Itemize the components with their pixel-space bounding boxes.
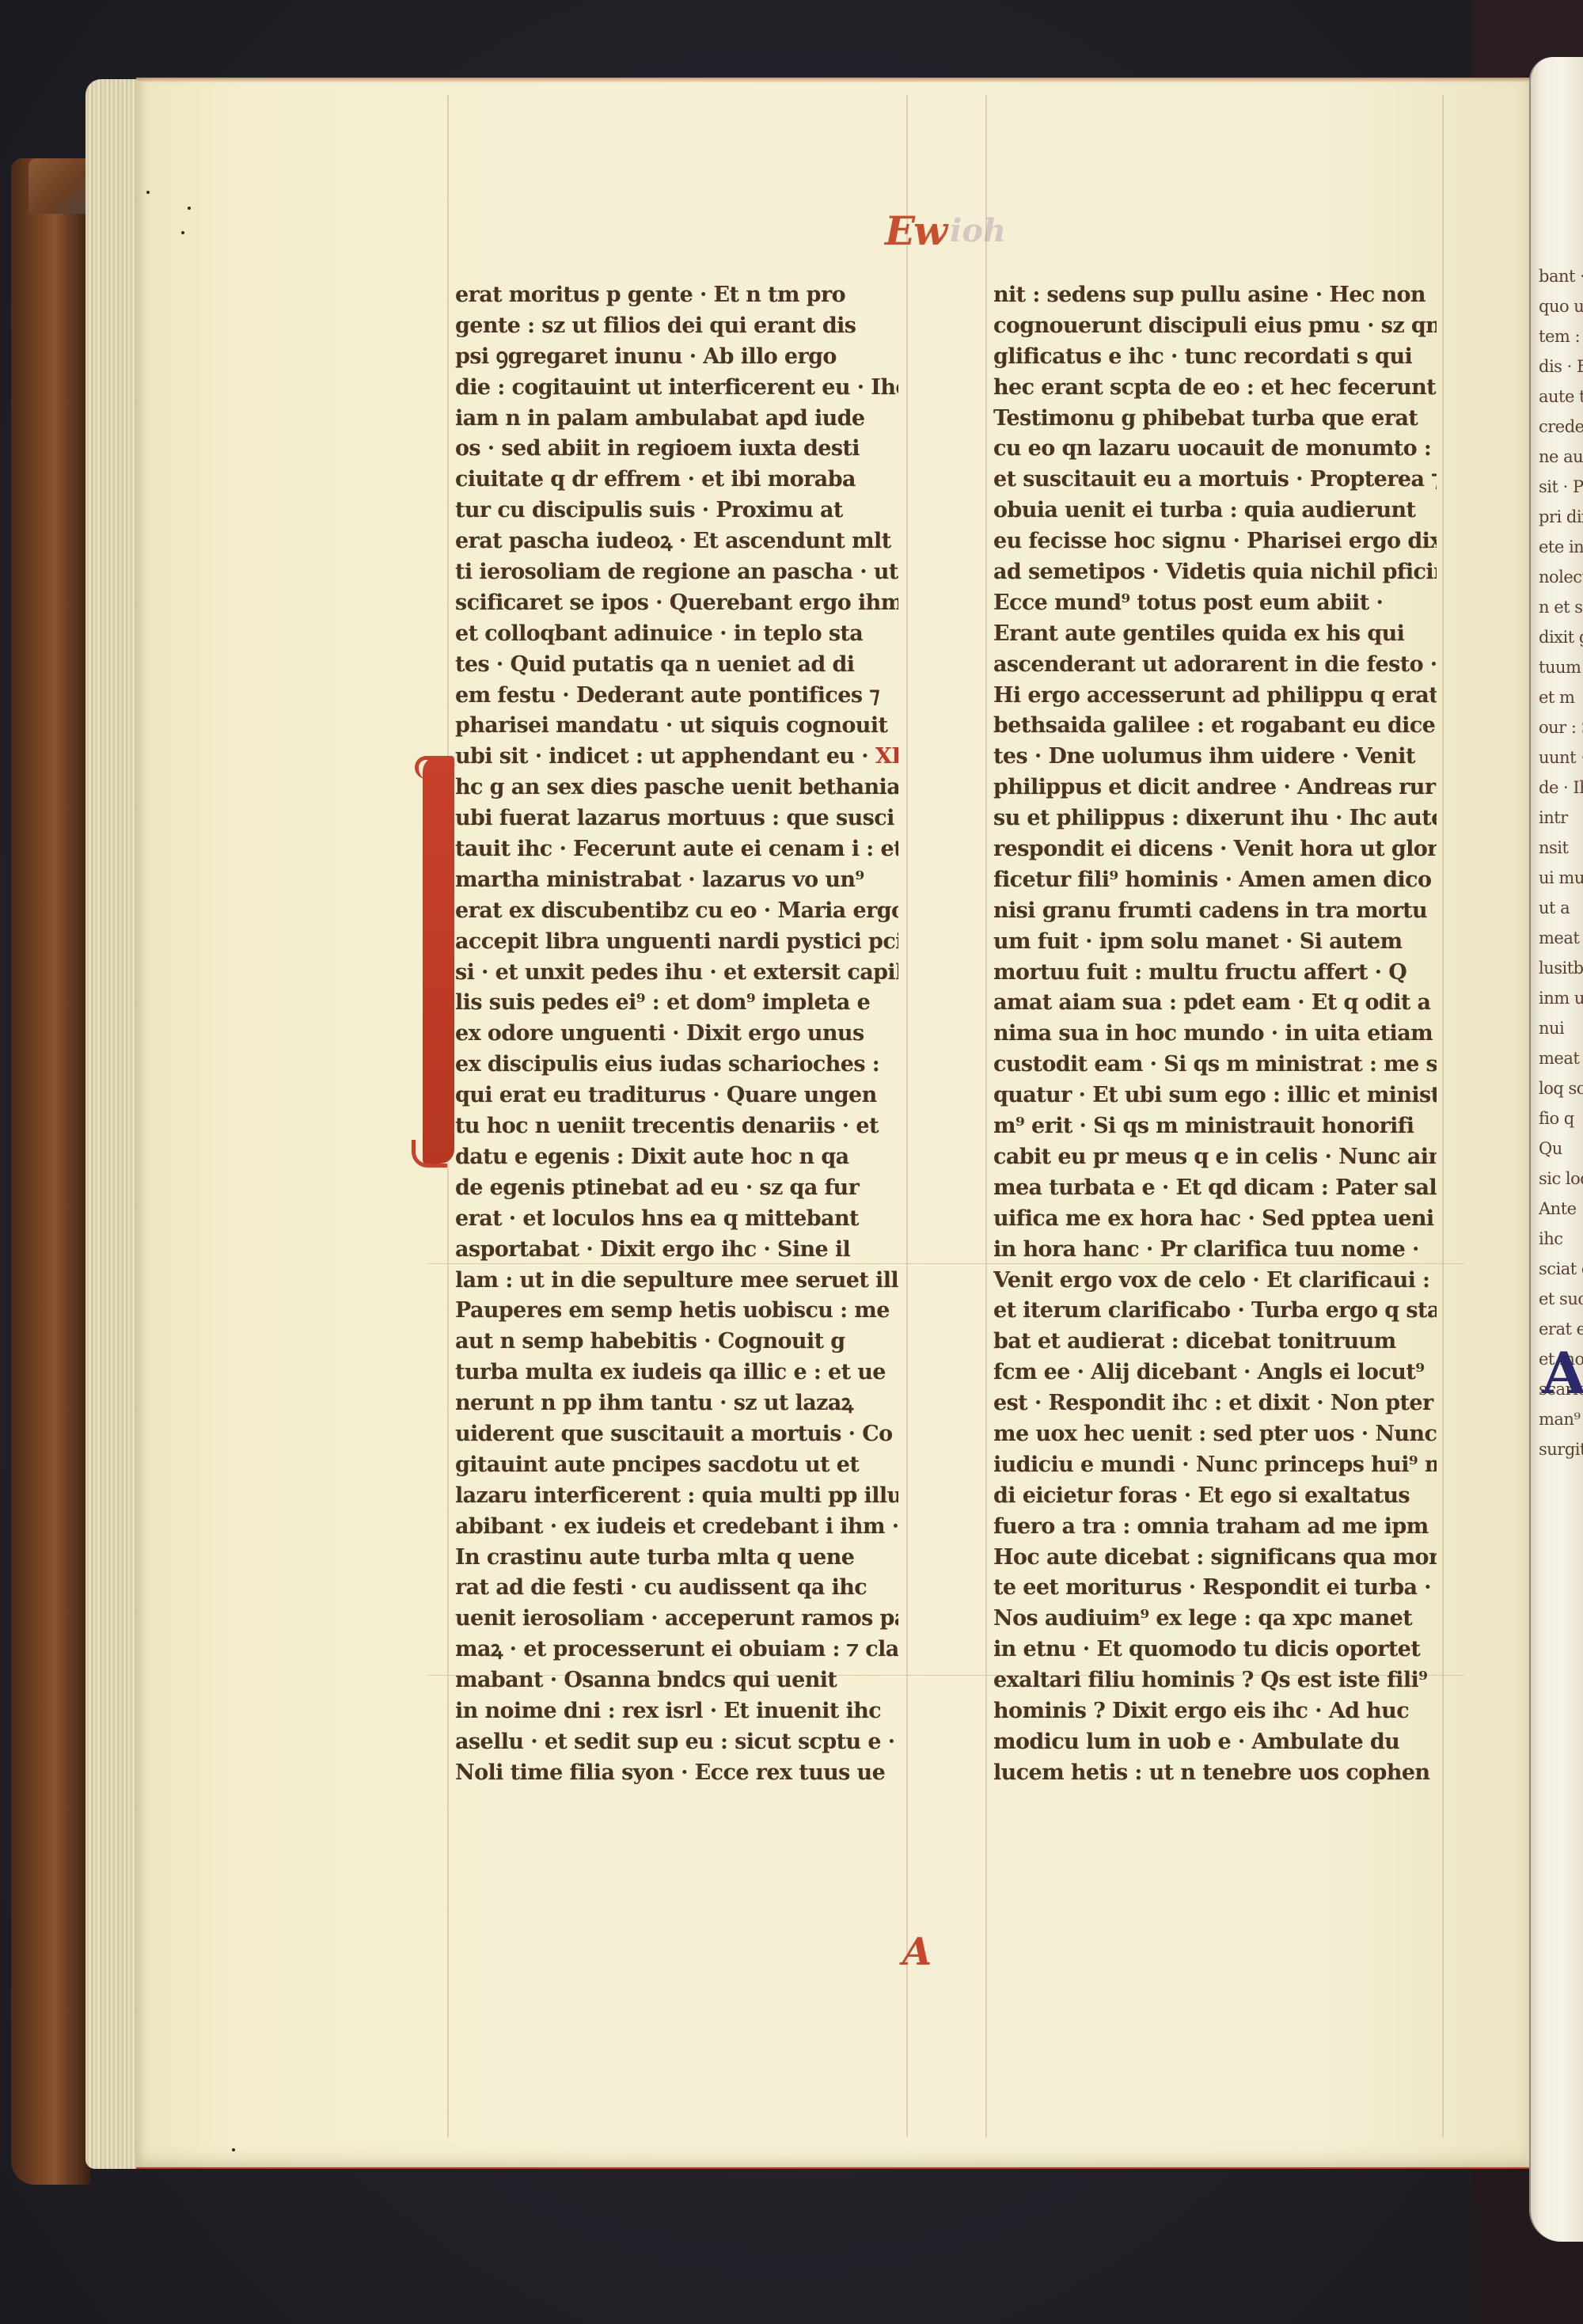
manuscript-line: cabit eu pr meus q e in celis · Nunc aim…: [993, 1142, 1437, 1173]
facing-page-line: surgit: [1539, 1434, 1583, 1464]
ruling-line: [985, 95, 987, 2137]
manuscript-line: qui erat eu traditurus · Quare ungen: [455, 1080, 898, 1111]
facing-page-line: meat: [1539, 923, 1583, 953]
manuscript-line: si · et unxit pedes ihu · et extersit ca…: [455, 958, 898, 989]
manuscript-line: ad semetipos · Videtis quia nichil pfici…: [993, 557, 1437, 588]
facing-page-line: ihc: [1539, 1224, 1583, 1254]
manuscript-line: obuia uenit ei turba : quia audierunt: [993, 496, 1437, 526]
manuscript-line: hc g an sex dies pasche uenit bethania: [455, 773, 898, 803]
manuscript-line: accepit libra unguenti nardi pystici pci…: [455, 927, 898, 958]
manuscript-line: datu e egenis : Dixit aute hoc n qa: [455, 1142, 898, 1173]
facing-page-line: lusitb: [1539, 953, 1583, 983]
facing-page-line: quo uadat: [1539, 291, 1583, 321]
manuscript-line: Venit ergo vox de celo · Et clarificaui …: [993, 1266, 1437, 1297]
manuscript-line: scificaret se ipos · Querebant ergo ihm …: [455, 588, 898, 619]
manuscript-line: nerunt n pp ihm tantu · sz ut lazaꝝ: [455, 1388, 898, 1419]
manuscript-line: abibant · ex iudeis et credebant i ihm ·: [455, 1512, 898, 1543]
manuscript-line: maꝝ · et processerunt ei obuiam : ⁊ cla: [455, 1635, 898, 1665]
manuscript-line: Noli time filia syon · Ecce rex tuus ue: [455, 1758, 898, 1789]
manuscript-line: respondit ei dicens · Venit hora ut glor…: [993, 834, 1437, 865]
manuscript-line: Testimonu g phibebat turba que erat: [993, 404, 1437, 435]
manuscript-line: modicu lum in uob e · Ambulate du: [993, 1727, 1437, 1758]
manuscript-line: Erant aute gentiles quida ex his qui: [993, 619, 1437, 650]
facing-page-text: bant · Et cquo uadattem : ut fidis · Et …: [1539, 261, 1583, 1765]
manuscript-line: erat · et loculos hns ea q mittebant: [455, 1204, 898, 1235]
manuscript-line: te eet moriturus · Respondit ei turba ·: [993, 1573, 1437, 1604]
manuscript-line: iudiciu e mundi · Nunc princeps hui⁹ mu: [993, 1450, 1437, 1481]
manuscript-line: Hoc aute dicebat : significans qua mor: [993, 1543, 1437, 1574]
manuscript-line: et iterum clarificabo · Turba ergo q sta: [993, 1296, 1437, 1327]
initial-flourish: [412, 1140, 447, 1168]
manuscript-line: os · sed abiit in regioem iuxta desti: [455, 434, 898, 465]
manuscript-line: ciuitate q dr effrem · et ibi moraba: [455, 465, 898, 496]
facing-page-line: our : S: [1539, 712, 1583, 742]
manuscript-line: in hora hanc · Pr clarifica tuu nome ·: [993, 1235, 1437, 1266]
manuscript-line: fuero a tra : omnia traham ad me ipm ·: [993, 1512, 1437, 1543]
manuscript-line: Ecce mund⁹ totus post eum abiit ·: [993, 588, 1437, 619]
manuscript-line: exaltari filiu hominis ? Qs est iste fil…: [993, 1665, 1437, 1696]
manuscript-line: aut n semp habebitis · Cognouit g: [455, 1327, 898, 1358]
running-header: Ew: [885, 207, 946, 254]
manuscript-line: um fuit · ipm solu manet · Si autem: [993, 927, 1437, 958]
manuscript-line: lam : ut in die sepulture mee seruet ill…: [455, 1266, 898, 1297]
facing-page-line: intr: [1539, 803, 1583, 833]
manuscript-line: nit : sedens sup pullu asine · Hec non: [993, 280, 1437, 311]
manuscript-line: Hi ergo accesserunt ad philippu q erat a: [993, 681, 1437, 712]
facing-page-line: ete in: [1539, 532, 1583, 562]
manuscript-line: mea turbata e · Et qd dicam : Pater sal: [993, 1173, 1437, 1204]
manuscript-line: Nos audiuim⁹ ex lege : qa xpc manet: [993, 1604, 1437, 1635]
manuscript-line: lazaru interficerent : quia multi pp ill…: [455, 1481, 898, 1512]
manuscript-line: iam n in palam ambulabat apd iude: [455, 404, 898, 435]
manuscript-line: uiderent que suscitauit a mortuis · Co: [455, 1419, 898, 1450]
facing-page-line: sciat ex: [1539, 1254, 1583, 1284]
manuscript-line: gitauint aute pncipes sacdotu ut et: [455, 1450, 898, 1481]
manuscript-line: philippus et dicit andree · Andreas rur: [993, 773, 1437, 803]
binding-headcap: [28, 158, 92, 214]
leaf-top-edge: [136, 78, 1529, 82]
manuscript-line: di eicietur foras · Et ego si exaltatus: [993, 1481, 1437, 1512]
manuscript-line: lis suis pedes ei⁹ : et dom⁹ impleta e: [455, 988, 898, 1019]
facing-page-line: dis · Et ab: [1539, 351, 1583, 382]
manuscript-line: gente : sz ut filios dei qui erant dis: [455, 311, 898, 342]
text-column-left: erat moritus p gente · Et n tm progente …: [455, 280, 898, 1789]
manuscript-line: die : cogitauint ut interficerent eu · I…: [455, 373, 898, 404]
page-edges: [85, 79, 141, 2169]
manuscript-line: me uox hec uenit : sed pter uos · Nunc: [993, 1419, 1437, 1450]
manuscript-line: turba multa ex iudeis qa illic e : et ue: [455, 1358, 898, 1388]
facing-page-line: Qu: [1539, 1134, 1583, 1164]
manuscript-line: hominis ? Dixit ergo eis ihc · Ad huc: [993, 1696, 1437, 1727]
facing-page-line: pri dixat: [1539, 502, 1583, 532]
manuscript-line: de egenis ptinebat ad eu · sz qa fur: [455, 1173, 898, 1204]
manuscript-line: hec erant scpta de eo : et hec fecerunt …: [993, 373, 1437, 404]
manuscript-line: psi ꝯgregaret inunu · Ab illo ergo: [455, 342, 898, 373]
ruling-line: [906, 95, 908, 2137]
chapter-number: XII: [875, 744, 898, 769]
ruling-line: [1442, 95, 1444, 2137]
manuscript-line: et colloqbant adinuice · in teplo sta: [455, 619, 898, 650]
manuscript-line: in noime dni : rex isrl · Et inuenit ihc: [455, 1696, 898, 1727]
manuscript-line: In crastinu aute turba mlta q uene: [455, 1543, 898, 1574]
facing-page-line: uunt ·: [1539, 742, 1583, 773]
manuscript-line: nisi granu frumti cadens in tra mortu: [993, 896, 1437, 927]
manuscript-line: ex odore unguenti · Dixit ergo unus: [455, 1019, 898, 1050]
manuscript-line: m⁹ erit · Si qs m ministrauit honorifi: [993, 1111, 1437, 1142]
manuscript-line: est · Respondit ihc : et dixit · Non pte…: [993, 1388, 1437, 1419]
manuscript-line: em festu · Dederant aute pontifices ⁊: [455, 681, 898, 712]
manuscript-line: tauit ihc · Fecerunt aute ei cenam i : e…: [455, 834, 898, 865]
facing-page-line: meat: [1539, 1043, 1583, 1073]
facing-page-line: nolecti: [1539, 562, 1583, 592]
facing-page-line: nui: [1539, 1013, 1583, 1043]
manuscript-line: mortuu fuit : multu fructu affert · Q: [993, 958, 1437, 989]
book-binding: [11, 158, 90, 2185]
manuscript-line: tu hoc n ueniit trecentis denariis · et: [455, 1111, 898, 1142]
facing-page-line: bant · Et c: [1539, 261, 1583, 291]
manuscript-line: lucem hetis : ut n tenebre uos cophen: [993, 1758, 1437, 1789]
manuscript-line: rat ad die festi · cu audissent qa ihc: [455, 1573, 898, 1604]
manuscript-line: Pauperes em semp hetis uobiscu : me: [455, 1296, 898, 1327]
manuscript-line: asellu · et sedit sup eu : sicut scptu e…: [455, 1727, 898, 1758]
manuscript-line: glificatus e ihc · tunc recordati s qui: [993, 342, 1437, 373]
manuscript-line: ex discipulis eius iudas scharioches :: [455, 1050, 898, 1080]
manuscript-line: ubi sit · indicet : ut apphendant eu · X…: [455, 742, 898, 773]
manuscript-line: mabant · Osanna bndcs qui uenit: [455, 1665, 898, 1696]
text-column-right: nit : sedens sup pullu asine · Hec nonco…: [993, 280, 1437, 1789]
facing-page-line: et m: [1539, 682, 1583, 712]
manuscript-line: in etnu · Et quomodo tu dicis oportet: [993, 1635, 1437, 1665]
manuscript-line: asportabat · Dixit ergo ihc · Sine il: [455, 1235, 898, 1266]
manuscript-line: eu fecisse hoc signu · Pharisei ergo dix…: [993, 526, 1437, 557]
facing-page-line: de · Ih: [1539, 773, 1583, 803]
manuscript-line: amat aiam sua : pdet eam · Et q odit a: [993, 988, 1437, 1019]
facing-page-line: credebant: [1539, 412, 1583, 442]
manuscript-line: tes · Quid putatis qa n ueniet ad di: [455, 650, 898, 681]
manuscript-line: uifica me ex hora hac · Sed pptea ueni: [993, 1204, 1437, 1235]
running-header-showthrough: ioh: [950, 212, 1006, 249]
manuscript-line: ficetur fili⁹ hominis · Amen amen dico u…: [993, 865, 1437, 896]
manuscript-line: et suscitauit eu a mortuis · Propterea ⁊: [993, 465, 1437, 496]
manuscript-line: martha ministrabat · lazarus vo un⁹: [455, 865, 898, 896]
manuscript-line: custodit eam · Si qs m ministrat : me se: [993, 1050, 1437, 1080]
facing-page-line: aute ta: [1539, 382, 1583, 412]
manuscript-line: tes · Dne uolumus ihm uidere · Venit: [993, 742, 1437, 773]
facing-page-line: sic loq: [1539, 1164, 1583, 1194]
manuscript-line: ubi fuerat lazarus mortuus : que susci: [455, 803, 898, 834]
manuscript-line: nima sua in hoc mundo · in uita etiam: [993, 1019, 1437, 1050]
facing-page-line: sit · Pr: [1539, 472, 1583, 502]
large-red-initial-i: [423, 756, 454, 1164]
facing-page-line: et suos: [1539, 1284, 1583, 1314]
manuscript-line: tur cu discipulis suis · Proximu at: [455, 496, 898, 526]
manuscript-line: ascenderant ut adorarent in die festo ·: [993, 650, 1437, 681]
facing-page-line: Ante: [1539, 1194, 1583, 1224]
facing-page-line: tem : ut fi: [1539, 321, 1583, 351]
manuscript-line: bat et audierat : dicebat tonitruum: [993, 1327, 1437, 1358]
manuscript-line: cognouerunt discipuli eius pmu · sz qndo: [993, 311, 1437, 342]
facing-page-line: dixit g: [1539, 622, 1583, 652]
manuscript-line: uenit ierosoliam · acceperunt ramos pal: [455, 1604, 898, 1635]
facing-page-line: loq sc: [1539, 1073, 1583, 1103]
facing-page-line: n et s: [1539, 592, 1583, 622]
facing-page-line: ui mu: [1539, 863, 1583, 893]
facing-page-line: fio q: [1539, 1103, 1583, 1134]
facing-blue-initial: A: [1542, 1338, 1574, 1409]
manuscript-line: bethsaida galilee : et rogabant eu dice: [993, 711, 1437, 742]
facing-page-line: ut a: [1539, 893, 1583, 923]
facing-page-line: tuum: [1539, 652, 1583, 682]
manuscript-line: cu eo qn lazaru uocauit de monumto :: [993, 434, 1437, 465]
manuscript-line: pharisei mandatu · ut siquis cognouit: [455, 711, 898, 742]
manuscript-line: ti ierosoliam de regione an pascha · ut: [455, 557, 898, 588]
manuscript-line: fcm ee · Alij dicebant · Angls ei locut⁹: [993, 1358, 1437, 1388]
facing-page-line: ne audiu: [1539, 442, 1583, 472]
facing-page-line: inm u: [1539, 983, 1583, 1013]
manuscript-line: su et philippus : dixerunt ihu · Ihc aut…: [993, 803, 1437, 834]
manuscript-line: erat pascha iudeoꝝ · Et ascendunt mlt: [455, 526, 898, 557]
manuscript-line: erat moritus p gente · Et n tm pro: [455, 280, 898, 311]
manuscript-line: erat ex discubentibz cu eo · Maria ergo: [455, 896, 898, 927]
facing-page-line: nsit: [1539, 833, 1583, 863]
manuscript-line: quatur · Et ubi sum ego : illic et minis…: [993, 1080, 1437, 1111]
quire-mark: A: [902, 1930, 932, 1974]
